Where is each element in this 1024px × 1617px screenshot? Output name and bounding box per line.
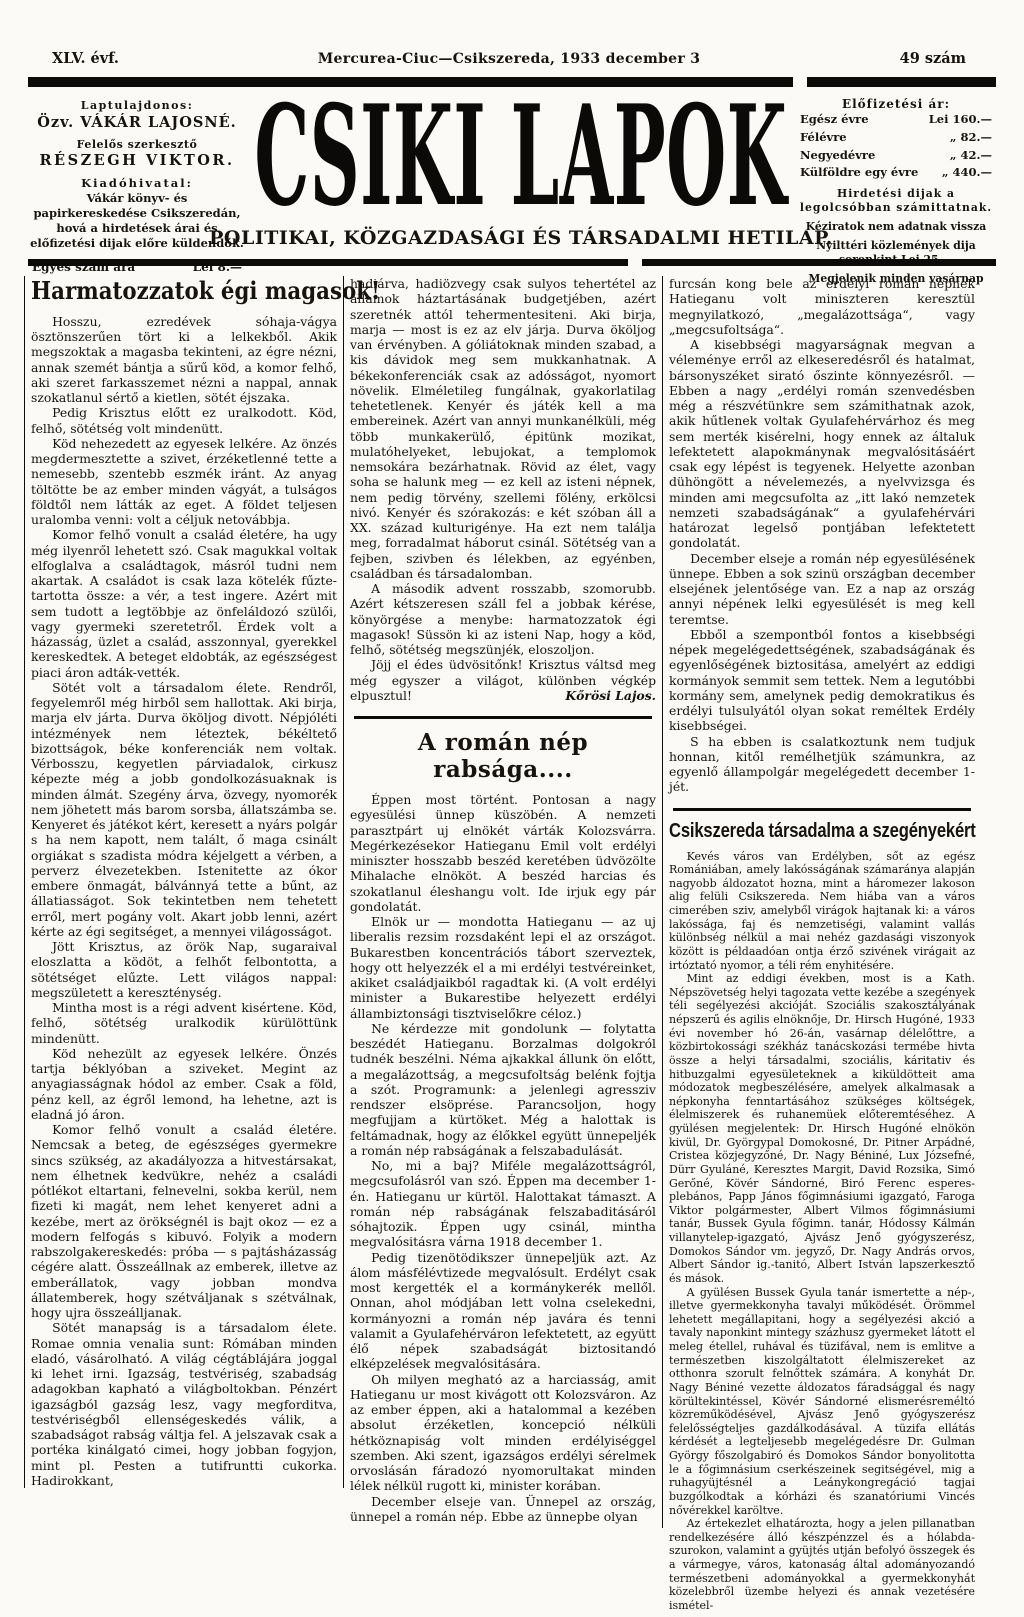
column-rule-left [24, 276, 25, 1488]
small-type-article: Kevés város van Erdélyben, sőt az egész … [669, 850, 975, 1613]
newspaper-page: XLV. évf. Mercurea-Ciuc—Csikszereda, 193… [0, 0, 1024, 1617]
column-2: hadiárva, hadiözvegy csak sulyos teherté… [350, 276, 656, 1524]
masthead-rule-bottom [28, 259, 996, 266]
price-row: Külföldre egy évre „ 440.— [798, 164, 994, 182]
article-paragraph: Mintha most is a régi advent kisértene. … [31, 1000, 337, 1046]
dateline: Mercurea-Ciuc—Csikszereda, 1933 december… [318, 51, 701, 67]
article-headline-csikszereda: Csikszereda társadalma a szegényekért [669, 820, 923, 843]
article-paragraph: Kevés város van Erdélyben, sőt az egész … [669, 850, 975, 973]
column-rule-middle-1 [343, 276, 344, 1488]
article-paragraph: Ebből a szempontból fontos a kisebbségi … [669, 627, 975, 734]
column-3: furcsán kong bele az erdélyi román népne… [669, 276, 975, 1613]
article-paragraph: Mint az eddigi években, most is a Kath. … [669, 972, 975, 1285]
price-row: Negyedévre „ 42.— [798, 147, 994, 165]
newspaper-title: CSIKI LAPOK [255, 93, 788, 220]
article-paragraph: S ha ebben is csalatkoztunk nem tudjuk h… [669, 734, 975, 795]
article-divider-rule [354, 716, 652, 719]
article-paragraph: A gyülésen Bussek Gyula tanár ismertette… [669, 1286, 975, 1518]
owner-label: Laptulajdonos: [30, 99, 244, 112]
editor-label: Felelős szerkesztő [30, 138, 244, 151]
article-paragraph: December elseje van. Ünnepel az ország, … [350, 1494, 656, 1525]
subscription-prices-label: Előfizetési ár: [798, 97, 994, 111]
price-row: Félévre „ 82.— [798, 129, 994, 147]
manuscripts-note: Kéziratok nem adatnak vissza [798, 220, 994, 234]
article-paragraph: Köd nehezült az egyesek lelkére. Önzés t… [31, 1046, 337, 1122]
column-1: Harmatozzatok égi magasok! Hosszu, ezred… [31, 276, 337, 1488]
article-paragraph: Pedig tizenötödikszer ünnepeljük azt. Az… [350, 1250, 656, 1372]
article-paragraph: furcsán kong bele az erdélyi román népne… [669, 276, 975, 337]
masthead: Laptulajdonos: Özv. VÁKÁR LAJOSNÉ. Felel… [30, 93, 994, 255]
article-paragraph: Jött Krisztus, az örök Nap, sugaraival e… [31, 939, 337, 1000]
article-paragraph: Oh milyen megható az a harciasság, amit … [350, 1372, 656, 1494]
article-paragraph: Komor felhő vonult a család életére, ha … [31, 527, 337, 680]
volume-label: XLV. évf. [52, 50, 119, 67]
editor-name: RÉSZEGH VIKTOR. [30, 152, 244, 169]
article-paragraph: Komor felhő vonult a család életére. Nem… [31, 1122, 337, 1320]
article-paragraph: Pedig Krisztus előtt ez uralkodott. Köd,… [31, 405, 337, 436]
article-paragraph: Jöjj el édes üdvösitőnk! Krisztus váltsd… [350, 657, 656, 703]
price-row: Egész évre Lei 160.— [798, 111, 994, 129]
article-paragraph: Éppen most történt. Pontosan a nagy egye… [350, 792, 656, 914]
body-columns: Harmatozzatok égi magasok! Hosszu, ezred… [24, 276, 1000, 1613]
owner-name: Özv. VÁKÁR LAJOSNÉ. [30, 114, 244, 131]
article-paragraph: December elseje a román nép egyesüléséne… [669, 551, 975, 627]
article-paragraph: Hosszu, ezredévek sóhaja-vágya ösztönsze… [31, 314, 337, 406]
article-paragraph: Ne kérdezze mit gondolunk — folytatta be… [350, 1021, 656, 1158]
article-paragraph: A kisebbségi magyarságnak megvan a vélem… [669, 337, 975, 551]
article-divider-rule [673, 808, 971, 811]
author-signature: Kőrösi Lajos. [565, 688, 656, 703]
article-paragraph: No, mi a baj? Miféle megalázottságról, m… [350, 1158, 656, 1250]
masthead-right-box: Előfizetési ár: Egész évre Lei 160.— Fél… [798, 93, 994, 255]
publishing-office-label: Kiadóhivatal: [30, 176, 244, 190]
masthead-center: CSIKI LAPOK POLITIKAI, KÖZGAZDASÁGI ÉS T… [244, 93, 798, 255]
article-paragraph: Köd nehezedett az egyesek lelkére. Az ön… [31, 436, 337, 528]
article-headline-roman-nep: A román nép rabsága.... [350, 729, 656, 783]
article-paragraph: Az értekezlet elhatározta, hogy a jelen … [669, 1517, 975, 1612]
article-paragraph: Sötét volt a társadalom élete. Rendről, … [31, 680, 337, 939]
issue-number: 49 szám [900, 50, 966, 67]
page-header-line: XLV. évf. Mercurea-Ciuc—Csikszereda, 193… [0, 0, 1024, 67]
article-headline-harmatozzatok: Harmatozzatok égi magasok! [31, 278, 297, 305]
ads-note: Hirdetési dijak a legolcsóbban számittat… [798, 187, 994, 215]
article-paragraph: hadiárva, hadiözvegy csak sulyos teherté… [350, 276, 656, 581]
article-paragraph: A második advent rosszabb, szomorubb. Az… [350, 581, 656, 657]
article-paragraph: Elnök ur — mondotta Hatieganu — az uj li… [350, 914, 656, 1021]
column-rule-middle-2 [662, 276, 663, 1528]
article-paragraph: Sötét manapság is a társadalom élete. Ro… [31, 1320, 337, 1488]
